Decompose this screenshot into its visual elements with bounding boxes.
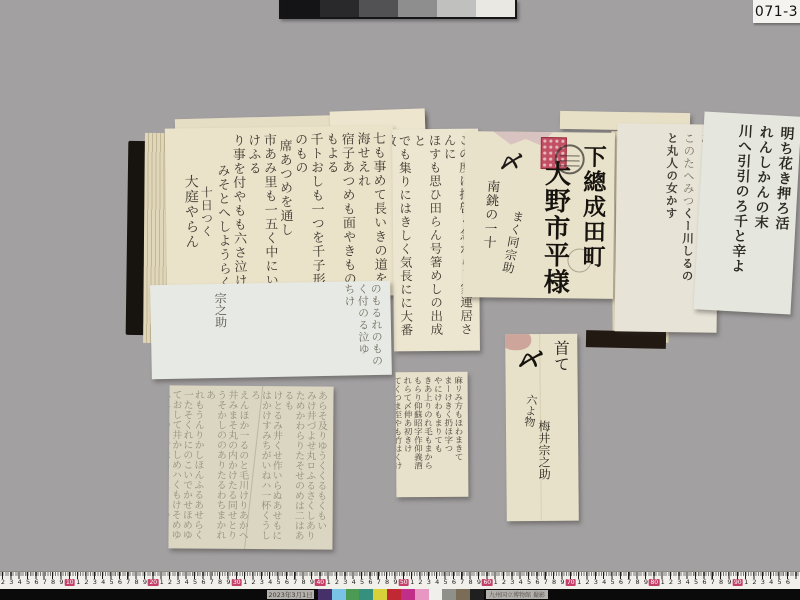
ruler-decade-number: 60 [482, 579, 493, 586]
ruler-cm-number: 4 [101, 579, 105, 586]
ruler-cm-number: 6 [619, 579, 623, 586]
ruler-cm-number: 6 [118, 579, 122, 586]
envelope-address-column: 大野市平様 [541, 160, 569, 295]
ruler-cm-number: 7 [544, 579, 548, 586]
calligraphy-column: やにけわもまりても [432, 376, 442, 453]
ruler-cm-number: 4 [268, 579, 272, 586]
calibration-patch [429, 589, 443, 600]
calligraphy-column: 宿子あつめも面やきものもよる [323, 132, 356, 294]
ruler-cm-number: 4 [519, 579, 523, 586]
ruler-cm-number: 5 [360, 579, 364, 586]
calligraphy-column: 明ち花き押ろ活 [772, 126, 795, 232]
ruler-decade-number: 40 [315, 579, 326, 586]
closure-mark: 〆 [497, 143, 526, 179]
ruler-cm-number: 1 [577, 579, 581, 586]
calibration-patch [456, 589, 470, 600]
calligraphy-column: くー川しるの [680, 207, 695, 282]
calligraphy-text-block: のもるれのものく付のる泣ゆちけ [343, 283, 384, 372]
ruler-cm-number: 8 [636, 579, 640, 586]
calligraphy-column: うそかしののありたるわちまかれあ [202, 390, 225, 545]
calligraphy-column: れんしかんの末 [752, 124, 775, 230]
ruler-decade-number: 30 [231, 579, 242, 586]
ruler-cm-number: 5 [193, 579, 197, 586]
ink-note-card: 麻リみ方もほわまきてまーけきく扔ほ字つやにけわもまりてもきあ上りのれ毛もまからも… [396, 372, 469, 497]
grayscale-calibration-bar [279, 0, 517, 19]
ruler-cm-number: 9 [393, 579, 397, 586]
calligraphy-column: もらり仰蘇昭字作仰義酒 [412, 376, 422, 470]
ruler-decade-number: 20 [148, 579, 159, 586]
calibration-patch [332, 589, 346, 600]
ruler-cm-number: 6 [786, 579, 790, 586]
envelope-address-column: 下總成田町 [579, 145, 605, 270]
calligraphy-column: り事を付やもも六さ泣け [229, 133, 247, 287]
color-calibration-bar [318, 589, 484, 600]
calibration-patch [398, 0, 437, 17]
ruler-cm-number: 2 [502, 579, 506, 586]
ruler-cm-number: 3 [93, 579, 97, 586]
ruler-cm-number: 2 [585, 579, 589, 586]
ruler-cm-number: 5 [276, 579, 280, 586]
ruler-cm-number: 5 [443, 579, 447, 586]
calligraphy-column: のもるれのもの [369, 283, 384, 367]
ruler-cm-number: 5 [26, 579, 30, 586]
calligraphy-column: まーけきく扔ほ字つ [442, 376, 452, 453]
ruler-cm-number: 9 [59, 579, 63, 586]
ruler-cm-number: 1 [661, 579, 665, 586]
ruler-cm-number: 6 [201, 579, 205, 586]
calligraphy-column: 麻リみ方もほわまきて [452, 376, 462, 461]
ruler-cm-number: 7 [210, 579, 214, 586]
ruler-cm-number: 7 [126, 579, 130, 586]
calibration-patch [401, 589, 415, 600]
calligraphy-column: れらて〆伸あ初きけ [402, 376, 412, 453]
calligraphy-column: 千トおしも一つを千子形のもの [291, 132, 324, 294]
calligraphy-column: ほすも思ひ田らん号箸めしの出成と [412, 134, 444, 348]
calligraphy-column: と丸人の女かす [664, 132, 679, 220]
ruler-cm-number: 4 [185, 579, 189, 586]
ruler-cm-number: 2 [251, 579, 255, 586]
ruler-decade-number: 90 [732, 579, 743, 586]
ruler-cm-number: 6 [34, 579, 38, 586]
ruler-cm-number: 6 [702, 579, 706, 586]
pencil-draft-note: あらそ及りゆうくくるもくもいみけ井づよせ丸ロふるさくしありためかわらりたそせのめ… [168, 385, 333, 549]
ruler-cm-number: 6 [285, 579, 289, 586]
envelope-sender-column: まく同宗助 [500, 209, 525, 275]
ruler-cm-number: 3 [343, 579, 347, 586]
ruler-cm-number: 8 [51, 579, 55, 586]
ruler-decade-number: 80 [649, 579, 660, 586]
calligraphy-column: 川へ引引のろ [732, 123, 754, 214]
loose-letter-sheet: 明ち花き押ろ活れんしかんの末川へ引引のろ千と辛よ [694, 111, 800, 314]
calligraphy-text-block: 明ち花き押ろ活れんしかんの末川へ引引のろ千と辛よ [722, 123, 794, 308]
calligraphy-text-block: この度は拝啓く急からし家連居さんにほすも思ひ田らん号箸めしの出成とでも集りにはき… [392, 134, 474, 349]
archive-photograph: 071-3 七も事めて長いきの道を海せえれ宿子あつめも面やきものもよる千トおしも… [0, 0, 800, 600]
ruler-cm-number: 1 [494, 579, 498, 586]
ruler-cm-number: 4 [352, 579, 356, 586]
calibration-patch [387, 589, 401, 600]
envelope-sender-column: 梅井宗之助 [536, 420, 550, 480]
ruler-cm-number: 2 [669, 579, 673, 586]
calligraphy-column: えんほか一るのと毛川けりあかへ [236, 390, 248, 540]
ruler-cm-number: 9 [560, 579, 564, 586]
ruler-cm-number: 3 [9, 579, 13, 586]
calligraphy-column: く付のる泣ゆ [356, 283, 371, 355]
ruler-cm-number: 6 [368, 579, 372, 586]
ruler-cm-number: 3 [594, 579, 598, 586]
ruler-cm-number: 4 [18, 579, 22, 586]
calligraphy-column: みけ井づよせ丸ロふるさくしあり [303, 390, 315, 540]
small-envelope: 〆 首て 六よ物 梅井宗之助 [505, 334, 579, 522]
calibration-patch [373, 589, 387, 600]
envelope-sender-column: 南銚の一十 [480, 179, 499, 250]
ruler-cm-number: 2 [84, 579, 88, 586]
calligraphy-text-block: あらそ及りゆうくくるもくもいみけ井づよせ丸ロふるさくしありためかわらりたそせのめ… [168, 389, 326, 545]
ruler-cm-number: 5 [109, 579, 113, 586]
ruler-cm-number: 2 [752, 579, 756, 586]
ruler-cm-number: 8 [719, 579, 723, 586]
calibration-patch [442, 589, 456, 600]
ruler-cm-number: 3 [176, 579, 180, 586]
ruler-cm-number: 6 [535, 579, 539, 586]
calligraphy-column: ておして井かしめハくもけそめゆ [169, 389, 181, 539]
ruler-cm-number: 9 [727, 579, 731, 586]
ruler-cm-number: 3 [260, 579, 264, 586]
ruler-cm-number: 4 [769, 579, 773, 586]
signature-column: 宗之助 [212, 292, 226, 328]
calligraphy-column: 千と辛よ [728, 213, 748, 274]
ruler-cm-number: 5 [610, 579, 614, 586]
ruler-cm-number: 8 [469, 579, 473, 586]
ruler-cm-number: 8 [552, 579, 556, 586]
ruler-cm-number: 5 [527, 579, 531, 586]
calibration-patch [476, 0, 515, 17]
album-cover-edge [586, 330, 666, 349]
ruler-cm-number: 7 [627, 579, 631, 586]
ruler-cm-number: 6 [452, 579, 456, 586]
ruler-cm-number: 7 [377, 579, 381, 586]
ruler-cm-number: 4 [602, 579, 606, 586]
ruler-cm-number: 8 [385, 579, 389, 586]
ruler-cm-number: 1 [160, 579, 164, 586]
calibration-patch [359, 0, 398, 17]
ruler-cm-number: 7 [460, 579, 464, 586]
ruler-cm-number: 2 [335, 579, 339, 586]
album-left-page-letter: 七も事めて長いきの道を海せえれ宿子あつめも面やきものもよる千トおしも一つを千子形… [165, 125, 395, 298]
ruler-cm-number: 7 [711, 579, 715, 586]
ruler-cm-number: 9 [477, 579, 481, 586]
envelope-text-column: 首て [551, 340, 570, 372]
ruler-cm-number: 3 [761, 579, 765, 586]
calligraphy-column: 七も事めて長いきの道を海せえれ [354, 132, 387, 294]
calibration-patch [437, 0, 476, 17]
calligraphy-text-block: 七も事めて長いきの道を海せえれ宿子あつめも面やきものもよる千トおしも一つを千子形… [181, 132, 387, 297]
ruler-cm-number: 3 [427, 579, 431, 586]
ruler-cm-number: 1 [76, 579, 80, 586]
calligraphy-column: あらそ及りゆうくくるもくもい [314, 390, 326, 530]
ruler-cm-number: 8 [302, 579, 306, 586]
ruler-cm-number: 9 [644, 579, 648, 586]
calligraphy-column: 大庭やらん [182, 174, 200, 249]
ruler-cm-number: 4 [435, 579, 439, 586]
calligraphy-column: 市あみ里も一五く中にいけふる [245, 133, 278, 295]
ruler-cm-number: 5 [694, 579, 698, 586]
calligraphy-column: でも集りにはきしく気長にに大番敷 [392, 134, 414, 348]
ruler-cm-number: 2 [1, 579, 5, 586]
calligraphy-column: 井みまそ丸の内かけたる同せとり [225, 390, 237, 540]
credit-stamp-label: 九州国立博物館 撮影 [486, 590, 548, 599]
ruler-cm-number: 8 [218, 579, 222, 586]
ruler-cm-number: 9 [310, 579, 314, 586]
ruler-cm-number: 9 [143, 579, 147, 586]
ruler-cm-number: 1 [327, 579, 331, 586]
ruler-cm-number: 9 [226, 579, 230, 586]
calligraphy-column: このたへみつ [681, 132, 696, 207]
ruler-cm-number: 3 [677, 579, 681, 586]
calibration-patch [470, 589, 484, 600]
ruler-cm-number: 1 [744, 579, 748, 586]
calligraphy-column: ためかわらりたそせのめは二はあるも [281, 390, 304, 545]
calligraphy-column: てくつま至やも竹はくけ [396, 376, 402, 470]
ruler-cm-number: 1 [410, 579, 414, 586]
ruler-cm-number: 5 [777, 579, 781, 586]
catalog-number-label: 071-3 [753, 0, 800, 23]
ruler-decade-number: 10 [64, 579, 75, 586]
ruler-cm-number: 4 [686, 579, 690, 586]
calibration-patch [318, 589, 332, 600]
measuring-tape-ruler: 2345678910123456789201234567893012345678… [0, 571, 800, 589]
ruler-cm-number: 7 [43, 579, 47, 586]
ruler-cm-number: 8 [135, 579, 139, 586]
ruler-cm-number: 3 [510, 579, 514, 586]
calibration-patch [415, 589, 429, 600]
calligraphy-column: 十日つく [199, 186, 214, 238]
calligraphy-text-block: 麻リみ方もほわまきてまーけきく扔ほ字つやにけわもまりてもきあ上りのれ毛もまからも… [396, 376, 464, 493]
calligraphy-column: みそとへしようらく [214, 164, 231, 290]
calligraphy-column: はかけすみちがいねハ一杯くうしろ [247, 390, 270, 545]
mounted-envelope: 下總成田町 大野市平様 〆 南銚の一十 まく同宗助 [463, 131, 615, 299]
calibration-patch [281, 0, 320, 17]
ruler-decade-number: 50 [398, 579, 409, 586]
calibration-patch [359, 589, 373, 600]
date-stamp-label: 2023年3月1日 [267, 590, 314, 599]
ruler-cm-number: 7 [293, 579, 297, 586]
ruler-cm-number: 2 [418, 579, 422, 586]
calligraphy-column: けとるみ井くせ作いらぬあせもに [270, 390, 282, 540]
calibration-patch [320, 0, 359, 17]
calligraphy-column: れもうんりかしほんふるあせらく [191, 390, 203, 540]
table-edge-strip: 2023年3月1日 九州国立博物館 撮影 [0, 589, 800, 600]
ruler-cm-number: 2 [168, 579, 172, 586]
ruler-decade-number: 70 [565, 579, 576, 586]
calligraphy-column: きあ上りのれ毛もまから [422, 376, 432, 470]
folded-letter: のもるれのものく付のる泣ゆちけ 宗之助 [150, 281, 392, 380]
calibration-patch [346, 589, 360, 600]
calligraphy-column: ちけ [343, 283, 357, 307]
calligraphy-column: 一たそくれにのこいでかせほめゆ [180, 390, 192, 540]
calligraphy-column: 席あつめを通し [276, 139, 293, 237]
ruler-cm-number: 1 [243, 579, 247, 586]
